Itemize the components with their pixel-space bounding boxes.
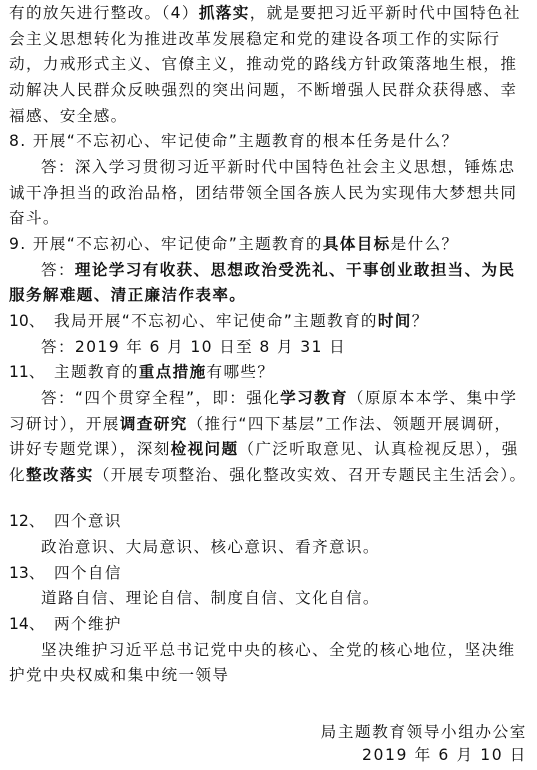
paragraph-line: 有的放矢进行整改。（4）抓落实，就是要把习近平新时代中国特色社 (9, 1, 521, 26)
paragraph-line: 会主义思想转化为推进改革发展稳定和党的建设各项工作的实际行 (9, 27, 500, 52)
item-title: 四个自信 (54, 564, 122, 582)
item-number: 12、 (9, 509, 54, 534)
question-number: 10、 (9, 309, 54, 334)
bold-term: 具体目标 (323, 235, 391, 253)
bold-term: 时间 (378, 312, 412, 330)
text: 主题教育的 (54, 363, 139, 381)
text: ，就是要把习近平新时代中国特色社 (250, 4, 521, 22)
text: 答： (41, 261, 75, 279)
text: 是什么？ (391, 235, 459, 253)
signature-date: 2019 年 6 月 10 日 (362, 743, 527, 768)
item-12-answer: 政治意识、大局意识、核心意识、看齐意识。 (9, 535, 380, 560)
question-11: 11、主题教育的重点措施有哪些？ (9, 360, 274, 385)
item-14-answer-line: 坚决维护习近平总书记党中央的核心、全党的核心地位，坚决维 (9, 638, 515, 663)
bold-term: 服务解难题、清正廉洁作表率。 (9, 286, 246, 304)
paragraph-line: 动，力戒形式主义、官僚主义，推动党的路线方针政策落地生根，推 (9, 52, 517, 77)
item-number: 14、 (9, 612, 54, 637)
text: 答：“四个贯穿全程”，即：强化 (41, 389, 280, 407)
item-number: 13、 (9, 561, 54, 586)
item-12-title: 12、四个意识 (9, 509, 122, 534)
answer-11-line: 讲好专题党课），深刻检视问题（广泛听取意见、认真检视反思），强 (9, 437, 519, 462)
paragraph-line: 福感、安全感。 (9, 104, 128, 129)
question-8: 8. 开展“不忘初心、牢记使命”主题教育的根本任务是什么？ (9, 129, 458, 154)
item-14-answer-line: 护党中央权威和集中统一领导 (9, 663, 229, 688)
text: 讲好专题党课），深刻 (9, 440, 171, 458)
question-9: 9. 开展“不忘初心、牢记使命”主题教育的具体目标是什么？ (9, 232, 458, 257)
text: （推行“四下基层”工作法、领题开展调研， (188, 415, 512, 433)
item-title: 四个意识 (54, 512, 122, 530)
text: 习研讨），开展 (9, 415, 120, 433)
bold-term: 调查研究 (120, 415, 188, 433)
text: （广泛听取意见、认真检视反思），强 (238, 440, 518, 458)
text: （开展专项整治、强化整改实效、召开专题民主生活会）。 (94, 466, 527, 484)
answer-11-line: 答：“四个贯穿全程”，即：强化学习教育（原原本本学、集中学 (9, 386, 517, 411)
question-10: 10、我局开展“不忘初心、牢记使命”主题教育的时间？ (9, 309, 429, 334)
bold-term: 整改落实 (26, 466, 94, 484)
answer-9-line: 服务解难题、清正廉洁作表率。 (9, 283, 246, 308)
item-13-title: 13、四个自信 (9, 561, 122, 586)
answer-8-line: 答：深入学习贯彻习近平新时代中国特色社会主义思想，锤炼忠 (9, 155, 515, 180)
text: 9. 开展“不忘初心、牢记使命”主题教育的 (9, 235, 323, 253)
text: ？ (412, 312, 429, 330)
bold-term: 理论学习有收获、思想政治受洗礼、干事创业敢担当、为民 (75, 261, 516, 279)
text: 化 (9, 466, 26, 484)
answer-11-line: 习研讨），开展调查研究（推行“四下基层”工作法、领题开展调研， (9, 412, 511, 437)
text: 我局开展“不忘初心、牢记使命”主题教育的 (54, 312, 378, 330)
bold-term: 学习教育 (280, 389, 348, 407)
question-number: 11、 (9, 360, 54, 385)
answer-9-line: 答：理论学习有收获、思想政治受洗礼、干事创业敢担当、为民 (9, 258, 515, 283)
bold-term: 抓落实 (199, 4, 250, 22)
text: 有哪些？ (207, 363, 275, 381)
answer-8-line: 奋斗。 (9, 206, 60, 231)
signature-office: 局主题教育领导小组办公室 (321, 720, 527, 745)
item-title: 两个维护 (54, 615, 122, 633)
text: 有的放矢进行整改。（4） (9, 4, 199, 22)
bold-term: 检视问题 (171, 440, 239, 458)
text: （原原本本学、集中学 (348, 389, 517, 407)
item-13-answer: 道路自信、理论自信、制度自信、文化自信。 (9, 586, 380, 611)
answer-8-line: 诚干净担当的政治品格，团结带领全国各族人民为实现伟大梦想共同 (9, 181, 517, 206)
answer-11-line: 化整改落实（开展专项整治、强化整改实效、召开专题民主生活会）。 (9, 463, 526, 488)
item-14-title: 14、两个维护 (9, 612, 122, 637)
answer-10: 答：2019 年 6 月 10 日至 8 月 31 日 (9, 335, 346, 360)
bold-term: 重点措施 (139, 363, 207, 381)
paragraph-line: 动解决人民群众反映强烈的突出问题，不断增强人民群众获得感、幸 (9, 78, 517, 103)
